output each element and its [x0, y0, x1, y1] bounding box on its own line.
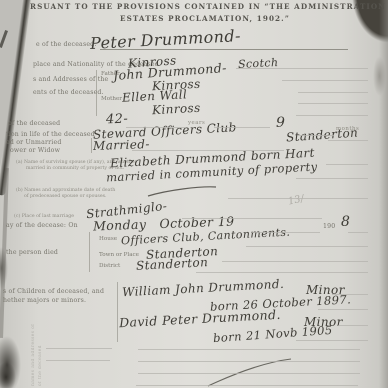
column-divider-line	[96, 70, 97, 116]
ruled-line	[138, 361, 360, 362]
ruled-line	[318, 309, 368, 310]
ruled-line	[46, 360, 110, 361]
ruled-line	[326, 164, 368, 165]
ruled-line	[296, 340, 368, 341]
ruled-line	[46, 348, 112, 349]
ruled-line	[132, 150, 284, 151]
ruled-line	[298, 92, 368, 93]
pen-strokes-layer	[0, 0, 388, 388]
ruled-line	[100, 49, 348, 50]
column-divider-line	[91, 138, 92, 153]
ruled-line	[126, 127, 186, 128]
ruled-line	[138, 349, 360, 350]
column-divider-line	[117, 282, 118, 342]
ruled-line	[182, 218, 322, 219]
ruled-line	[252, 232, 320, 233]
ruled-line	[282, 80, 368, 81]
ruled-line	[296, 178, 368, 179]
ruled-line	[296, 115, 368, 116]
death-notice-scan: RSUANT TO THE PROVISIONS CONTAINED IN “T…	[0, 0, 388, 388]
column-divider-line	[89, 232, 90, 272]
ruled-line	[136, 385, 358, 386]
ruled-line	[338, 325, 368, 326]
ruled-line	[328, 140, 368, 141]
predeceased-dash-stroke	[148, 187, 216, 196]
ruled-line	[348, 232, 368, 233]
ruled-line	[236, 68, 368, 69]
ruled-line	[214, 127, 270, 128]
ruled-line	[138, 373, 360, 374]
ruled-line	[332, 294, 368, 295]
ruled-line	[246, 246, 368, 247]
ruled-line	[228, 198, 368, 199]
ruled-line	[196, 272, 368, 273]
ruled-line	[298, 103, 368, 104]
ruled-line	[298, 135, 334, 136]
ruled-line	[222, 261, 368, 262]
